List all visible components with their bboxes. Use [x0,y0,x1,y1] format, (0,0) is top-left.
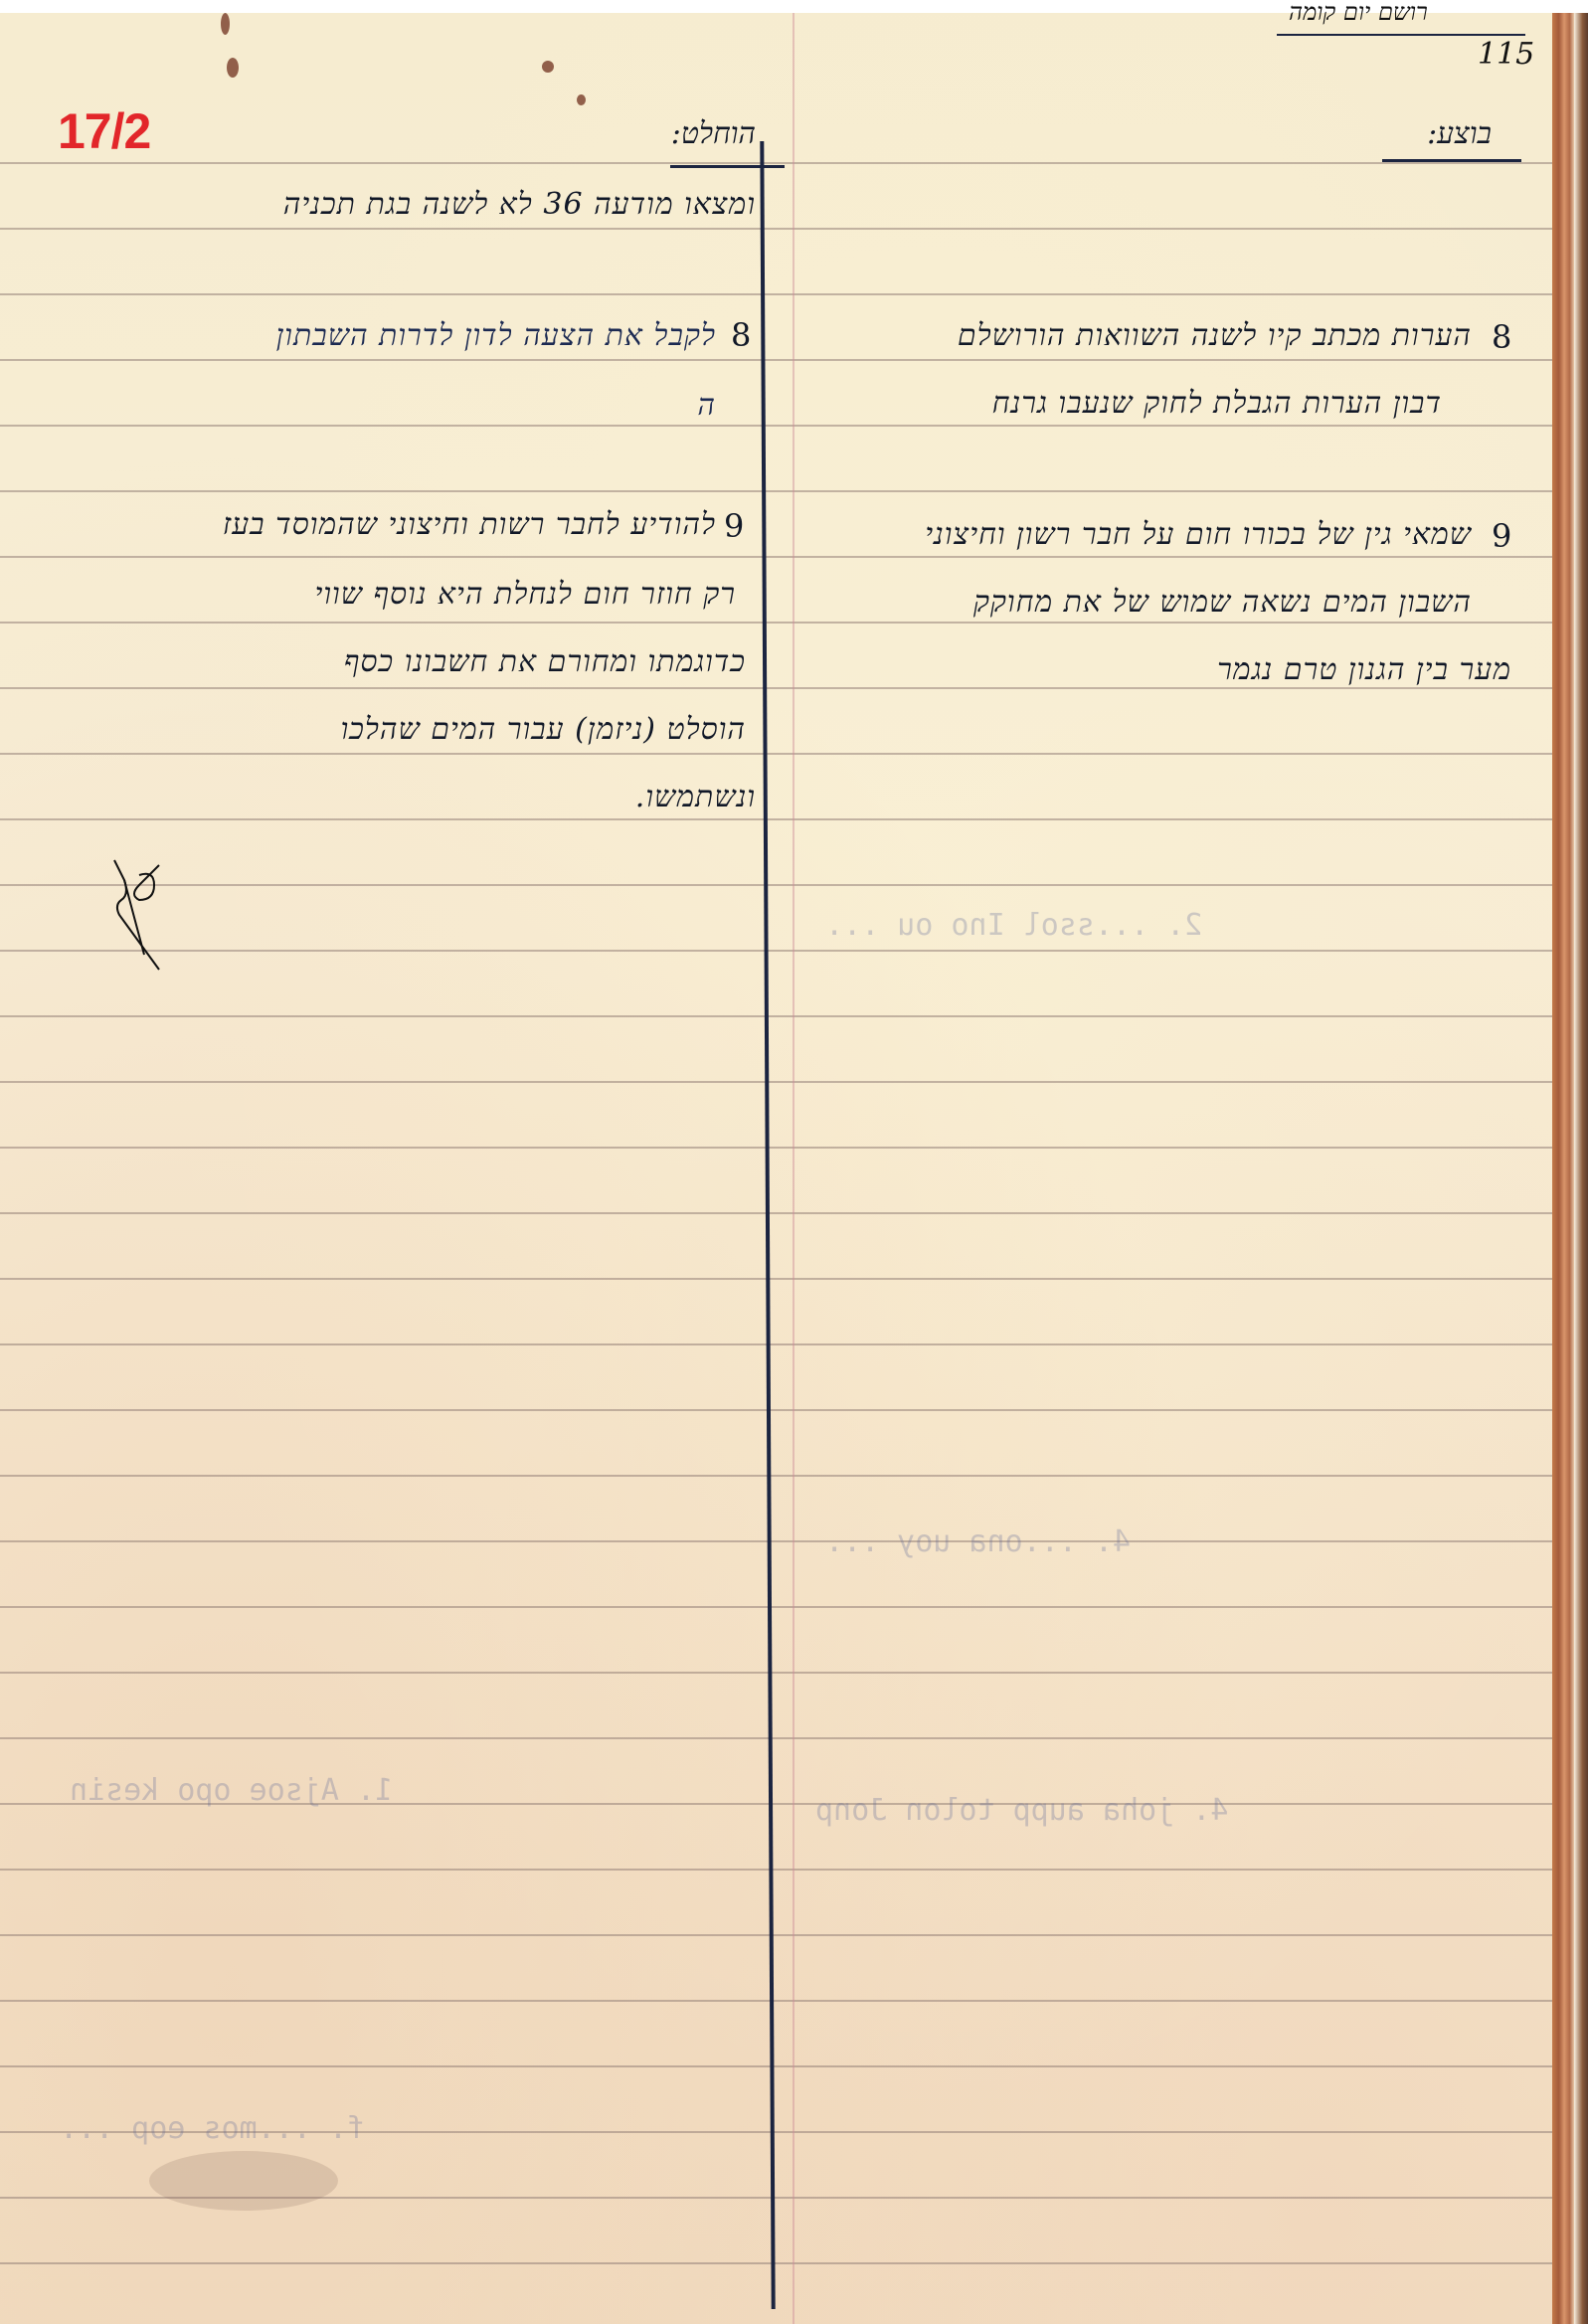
right-heading-underline [1382,159,1521,162]
entry-number: 8 [731,316,751,354]
entry-line: לקבל את הצעה לדון לדרות השבתון [70,318,716,353]
ruled-line [0,556,1552,558]
ruled-line [0,1343,1552,1345]
entry-line: השבון המים נשאה שמוש של את מחוקק [795,585,1472,620]
entry-line: הערות מכתב קיו לשנה השוואות הורושלם [805,318,1472,353]
bleed-through-text: 4. ...ona uoy ... [825,1524,1131,1559]
column-divider [760,141,775,2309]
ink-stain [221,13,230,35]
ruled-line [0,293,1552,295]
ruled-line [0,2065,1552,2067]
ruled-line [0,1409,1552,1411]
ruled-line [0,359,1552,361]
entry-line: כדוגמתו ומחורם את חשבונו כסף [149,644,746,679]
book-binding [1552,13,1574,2324]
entry-line: ומצאו מודעה 36 לא לשנה בגת תכניה [99,187,756,222]
ruled-line [0,818,1552,820]
ruled-line [0,884,1552,886]
entry-number: 9 [724,507,744,545]
ruled-line [0,2000,1552,2002]
entry-line: שמאי גין של בכורו חום על חבר רשון וחיצונ… [805,517,1472,552]
ruled-line [0,490,1552,492]
entry-number: 8 [1492,318,1511,356]
bleed-through-text: 2. ...ssol Ino ou ... [825,908,1202,943]
book-binding-edge [1574,13,1588,2324]
ruled-line [0,1672,1552,1674]
bleed-through-text: 4. joha aupp tolon Jonp [815,1793,1228,1828]
ruled-line [0,1015,1552,1017]
left-heading-underline [670,165,785,168]
entry-line: מער בין הגנון טרם נגמר [1094,652,1511,687]
entry-line: הוסלט (ניזמן) עבור המים שהלכו [159,712,746,747]
right-column-heading: בוצע: [1412,116,1492,151]
ruled-line [0,1147,1552,1149]
entry-number: 9 [1492,517,1511,555]
entry-line: רק חוזר חום לנחלת היא נוסף שווי [119,577,736,612]
ruled-line [0,687,1552,689]
ruled-line [0,1212,1552,1214]
signature-icon [99,855,179,975]
page-number: 115 [1478,37,1534,72]
ruled-line [0,162,1552,164]
left-column-heading: הוחלט: [646,116,756,151]
ruled-line [0,228,1552,230]
bleed-through-text: 1. Ajsoe opo kesin [70,1773,393,1808]
ruled-line [0,1869,1552,1871]
entry-line: להודיע לחבר רשות וחיצוני שהמוסד בעז [70,507,716,542]
ruled-line [0,1475,1552,1477]
ink-stain [227,58,239,78]
archive-stamp: 17/2 [58,102,150,160]
entry-line: ה [398,388,716,423]
ruled-line [0,1540,1552,1542]
bleed-through-text: f. ...mos eop ... [60,2111,365,2146]
margin-line [793,13,794,2324]
ruled-line [0,1934,1552,1936]
ruled-line [0,950,1552,952]
ink-stain [577,94,586,105]
ink-stain [542,61,554,73]
entry-line: דבון הערות הגבלת לחוק שנעבו גרנח [805,386,1442,421]
ruled-line [0,1081,1552,1083]
ruled-line [0,425,1552,427]
ruled-line [0,2262,1552,2264]
entry-line: ונשתמשו. [497,780,756,814]
ruled-line [0,1278,1552,1280]
top-title: רושם יום קומה [1289,0,1428,27]
ruled-line [0,1737,1552,1739]
ruled-line [0,1606,1552,1608]
top-title-underline [1277,34,1525,36]
smudge [149,2151,338,2211]
notebook-page: 1. Ajsoe opo kesin 4. joha aupp tolon Jo… [0,13,1552,2324]
ruled-line [0,753,1552,755]
ruled-line [0,622,1552,624]
